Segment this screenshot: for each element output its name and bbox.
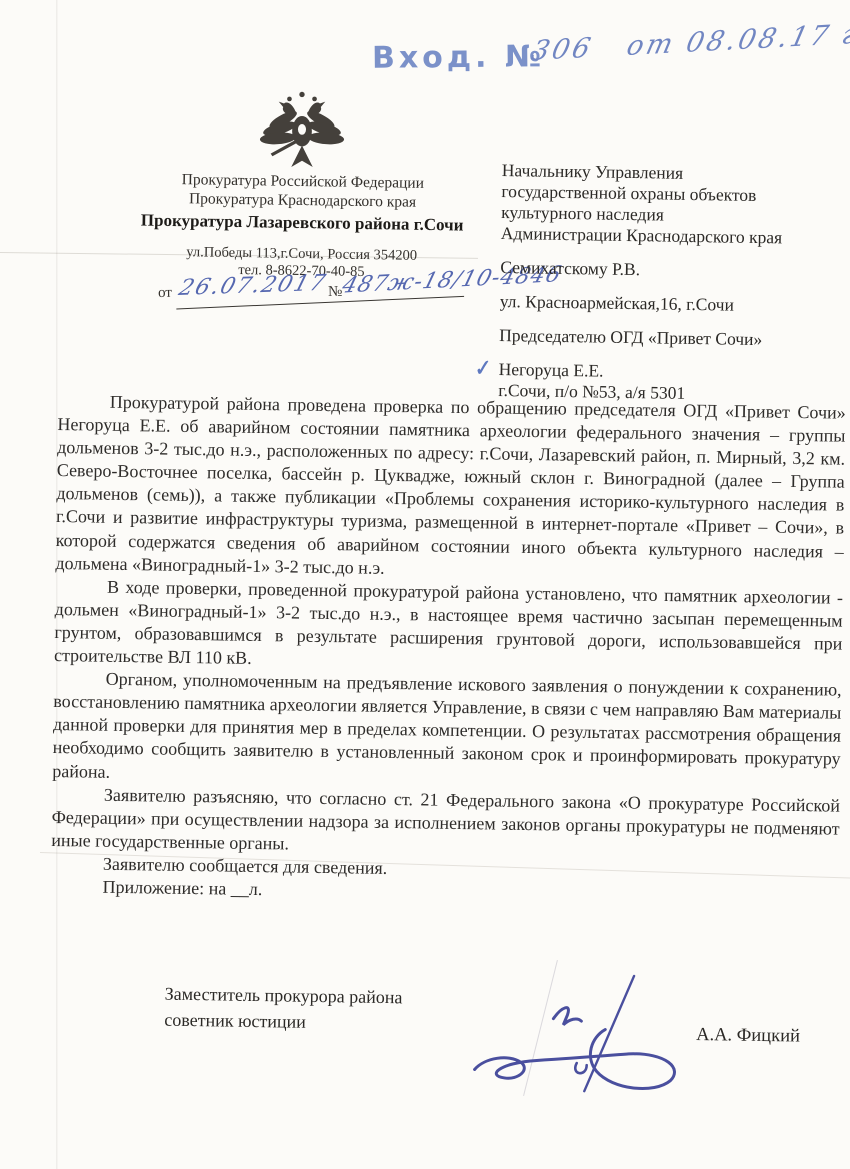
- checkmark-icon: ✓: [475, 357, 492, 382]
- signer-title: Заместитель прокурора района советник юс…: [164, 981, 403, 1037]
- body-paragraph-3: Органом, уполномоченным на предъявление …: [52, 667, 842, 794]
- incoming-stamp-label: Вход. №: [372, 39, 545, 76]
- scanned-letter: Вход. № 306 от 08.08.17 г: [0, 0, 850, 1169]
- ref-from-label: от: [158, 285, 172, 302]
- signer-title-line-2: советник юстиции: [164, 1007, 402, 1037]
- recipient-person-1: Семихатскому Р.В.: [500, 257, 845, 283]
- incoming-stamp-handwritten: 306 от 08.08.17 г: [529, 20, 836, 67]
- handwritten-signature-icon: [456, 965, 698, 1099]
- ref-date-handwritten: 26.07.2017: [176, 271, 330, 301]
- reference-line: от 26.07.2017 № 487ж-18/10-4846: [156, 267, 507, 313]
- letter-body: Прокуратурой района проведена проверка п…: [50, 390, 845, 910]
- body-paragraph-4: Заявителю разъясняю, что согласно ст. 21…: [51, 783, 840, 864]
- recipient-person-2: Негоруца Е.Е.: [499, 359, 604, 381]
- recipient-address-1: ул. Красноармейская,16, г.Сочи: [500, 291, 845, 317]
- incoming-date: от 08.08.17 г: [624, 19, 850, 63]
- recipient-org-2: Председателю ОГД «Привет Сочи»: [499, 325, 844, 351]
- body-paragraph-2: В ходе проверки, проведенной прокуратуро…: [54, 575, 843, 679]
- recipient-org-line: Администрации Краснодарского края: [501, 223, 846, 249]
- signer-title-line-1: Заместитель прокурора района: [165, 981, 403, 1011]
- coat-of-arms-icon: [256, 90, 348, 176]
- signer-name: А.А. Фицкий: [696, 1025, 800, 1048]
- incoming-number: 306: [529, 32, 597, 67]
- recipient-block: Начальнику Управления государственной ох…: [498, 160, 847, 406]
- letterhead: Прокуратура Российской Федерации Прокура…: [86, 169, 518, 284]
- letterhead-org-district: Прокуратура Лазаревского района г.Сочи: [87, 209, 517, 238]
- body-paragraph-1: Прокуратурой района проведена проверка п…: [55, 390, 846, 586]
- signature-block: Заместитель прокурора района советник юс…: [0, 976, 850, 1129]
